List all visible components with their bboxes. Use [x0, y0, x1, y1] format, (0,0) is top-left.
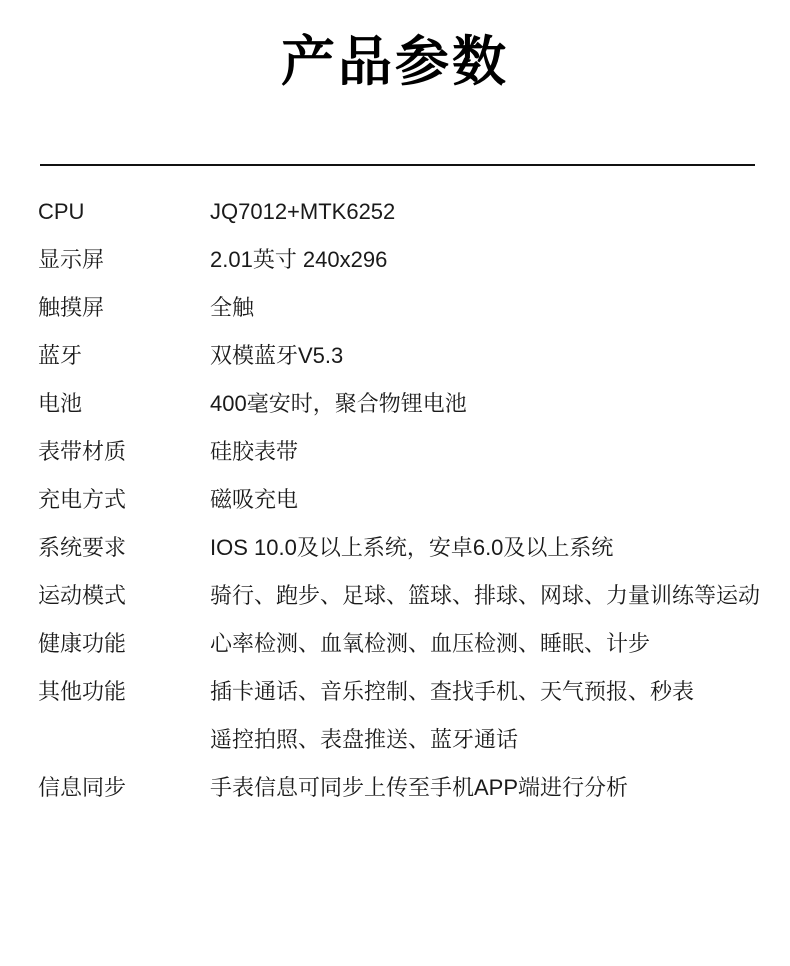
spec-value: 骑行、跑步、足球、篮球、排球、网球、力量训练等运动 — [210, 572, 780, 620]
spec-value-line: 双模蓝牙V5.3 — [210, 332, 780, 380]
spec-row: 显示屏 2.01英寸 240x296 — [38, 236, 780, 284]
spec-label: 显示屏 — [38, 236, 210, 284]
spec-label: 其他功能 — [38, 668, 210, 716]
spec-label: 表带材质 — [38, 428, 210, 476]
spec-label: 健康功能 — [38, 620, 210, 668]
spec-label: 充电方式 — [38, 476, 210, 524]
spec-label: 运动模式 — [38, 572, 210, 620]
spec-value-line: 插卡通话、音乐控制、查找手机、天气预报、秒表 — [210, 668, 780, 716]
spec-label: CPU — [38, 188, 210, 236]
spec-value: 心率检测、血氧检测、血压检测、睡眠、计步 — [210, 620, 780, 668]
spec-value: IOS 10.0及以上系统，安卓6.0及以上系统 — [210, 524, 780, 572]
spec-value: 手表信息可同步上传至手机APP端进行分析 — [210, 764, 780, 812]
spec-table: CPU JQ7012+MTK6252 显示屏 2.01英寸 240x296 触摸… — [38, 188, 780, 812]
spec-value: 400毫安时，聚合物锂电池 — [210, 380, 780, 428]
spec-value: 磁吸充电 — [210, 476, 780, 524]
spec-row: 其他功能 插卡通话、音乐控制、查找手机、天气预报、秒表遥控拍照、表盘推送、蓝牙通… — [38, 668, 780, 764]
spec-label: 信息同步 — [38, 764, 210, 812]
product-spec-page: 产品参数 CPU JQ7012+MTK6252 显示屏 2.01英寸 240x2… — [0, 0, 790, 966]
spec-row: 表带材质 硅胶表带 — [38, 428, 780, 476]
page-title: 产品参数 — [0, 0, 790, 98]
spec-value: 双模蓝牙V5.3 — [210, 332, 780, 380]
spec-row: 信息同步 手表信息可同步上传至手机APP端进行分析 — [38, 764, 780, 812]
spec-value: 全触 — [210, 284, 780, 332]
spec-label: 电池 — [38, 380, 210, 428]
spec-value-line: 硅胶表带 — [210, 428, 780, 476]
spec-label: 触摸屏 — [38, 284, 210, 332]
spec-value-line: 2.01英寸 240x296 — [210, 236, 780, 284]
spec-row: CPU JQ7012+MTK6252 — [38, 188, 780, 236]
spec-row: 健康功能 心率检测、血氧检测、血压检测、睡眠、计步 — [38, 620, 780, 668]
spec-value-line: IOS 10.0及以上系统，安卓6.0及以上系统 — [210, 524, 780, 572]
divider-rule — [40, 164, 755, 166]
spec-value-line: 骑行、跑步、足球、篮球、排球、网球、力量训练等运动 — [210, 572, 780, 620]
spec-value: 插卡通话、音乐控制、查找手机、天气预报、秒表遥控拍照、表盘推送、蓝牙通话 — [210, 668, 780, 764]
spec-row: 触摸屏 全触 — [38, 284, 780, 332]
spec-value: 硅胶表带 — [210, 428, 780, 476]
spec-value-line: 手表信息可同步上传至手机APP端进行分析 — [210, 764, 780, 812]
spec-label: 蓝牙 — [38, 332, 210, 380]
spec-row: 蓝牙 双模蓝牙V5.3 — [38, 332, 780, 380]
spec-value: JQ7012+MTK6252 — [210, 188, 780, 236]
spec-label: 系统要求 — [38, 524, 210, 572]
spec-value: 2.01英寸 240x296 — [210, 236, 780, 284]
spec-value-line: 遥控拍照、表盘推送、蓝牙通话 — [210, 716, 780, 764]
spec-row: 电池 400毫安时，聚合物锂电池 — [38, 380, 780, 428]
spec-value-line: 磁吸充电 — [210, 476, 780, 524]
spec-row: 运动模式 骑行、跑步、足球、篮球、排球、网球、力量训练等运动 — [38, 572, 780, 620]
spec-value-line: 全触 — [210, 284, 780, 332]
spec-value-line: 400毫安时，聚合物锂电池 — [210, 380, 780, 428]
spec-value-line: JQ7012+MTK6252 — [210, 188, 780, 236]
spec-row: 系统要求 IOS 10.0及以上系统，安卓6.0及以上系统 — [38, 524, 780, 572]
spec-value-line: 心率检测、血氧检测、血压检测、睡眠、计步 — [210, 620, 780, 668]
spec-row: 充电方式 磁吸充电 — [38, 476, 780, 524]
